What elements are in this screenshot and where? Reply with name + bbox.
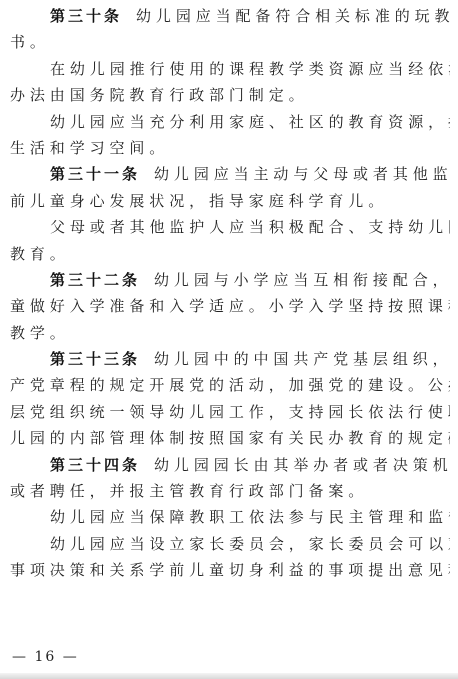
- paragraph-line: 产党章程的规定开展党的活动，加强党的建设。公办幼儿园的基: [10, 372, 450, 398]
- article-33-line-1: 第三十三条幼儿园中的中国共产党基层组织，按照中国共: [10, 346, 450, 372]
- article-heading: 第三十四条: [50, 456, 140, 474]
- paragraph-line: 教学。: [10, 320, 450, 346]
- paragraph-line: 教育。: [10, 241, 450, 267]
- article-31-line-1: 第三十一条幼儿园应当主动与父母或者其他监护人交流学: [10, 161, 450, 187]
- article-30-line-2: 书。: [10, 29, 450, 55]
- article-34-line-1: 第三十四条幼儿园园长由其举办者或者决策机构依法任命: [10, 452, 450, 478]
- paragraph-line: 或者聘任，并报主管教育行政部门备案。: [10, 478, 450, 504]
- article-30-line-1: 第三十条幼儿园应当配备符合相关标准的玩教具和幼儿图: [10, 3, 450, 29]
- paragraph-line: 生活和学习空间。: [10, 135, 450, 161]
- paragraph-line: 层党组织统一领导幼儿园工作，支持园长依法行使职权。民办幼: [10, 399, 450, 425]
- page-edge-shadow: [0, 673, 458, 679]
- article-heading: 第三十一条: [50, 165, 140, 183]
- paragraph-line: 幼儿园应当保障教职工依法参与民主管理和监督。: [10, 504, 450, 530]
- paragraph-line: 前儿童身心发展状况，指导家庭科学育儿。: [10, 188, 450, 214]
- paragraph-line: 事项决策和关系学前儿童切身利益的事项提出意见和建议，对幼: [10, 557, 450, 583]
- paragraph-line: 儿园的内部管理体制按照国家有关民办教育的规定确定。: [10, 425, 450, 451]
- article-heading: 第三十二条: [50, 271, 140, 289]
- paragraph-line: 办法由国务院教育行政部门制定。: [10, 82, 450, 108]
- article-heading: 第三十三条: [50, 350, 140, 368]
- page-number: — 16 —: [12, 649, 79, 665]
- paragraph-line: 父母或者其他监护人应当积极配合、支持幼儿园开展保育和: [10, 214, 450, 240]
- paragraph-line: 幼儿园应当充分利用家庭、社区的教育资源，拓展学前儿童: [10, 109, 450, 135]
- article-heading: 第三十条: [50, 7, 122, 25]
- paragraph-line: 在幼儿园推行使用的课程教学类资源应当经依法审定，具体: [10, 56, 450, 82]
- paragraph-line: 童做好入学准备和入学适应。小学入学坚持按照课程标准零起点: [10, 293, 450, 319]
- paragraph-line: 幼儿园应当设立家长委员会，家长委员会可以对幼儿园重大: [10, 531, 450, 557]
- document-page: 第三十条幼儿园应当配备符合相关标准的玩教具和幼儿图 书。 在幼儿园推行使用的课程…: [10, 3, 450, 584]
- article-32-line-1: 第三十二条幼儿园与小学应当互相衔接配合，共同帮助儿: [10, 267, 450, 293]
